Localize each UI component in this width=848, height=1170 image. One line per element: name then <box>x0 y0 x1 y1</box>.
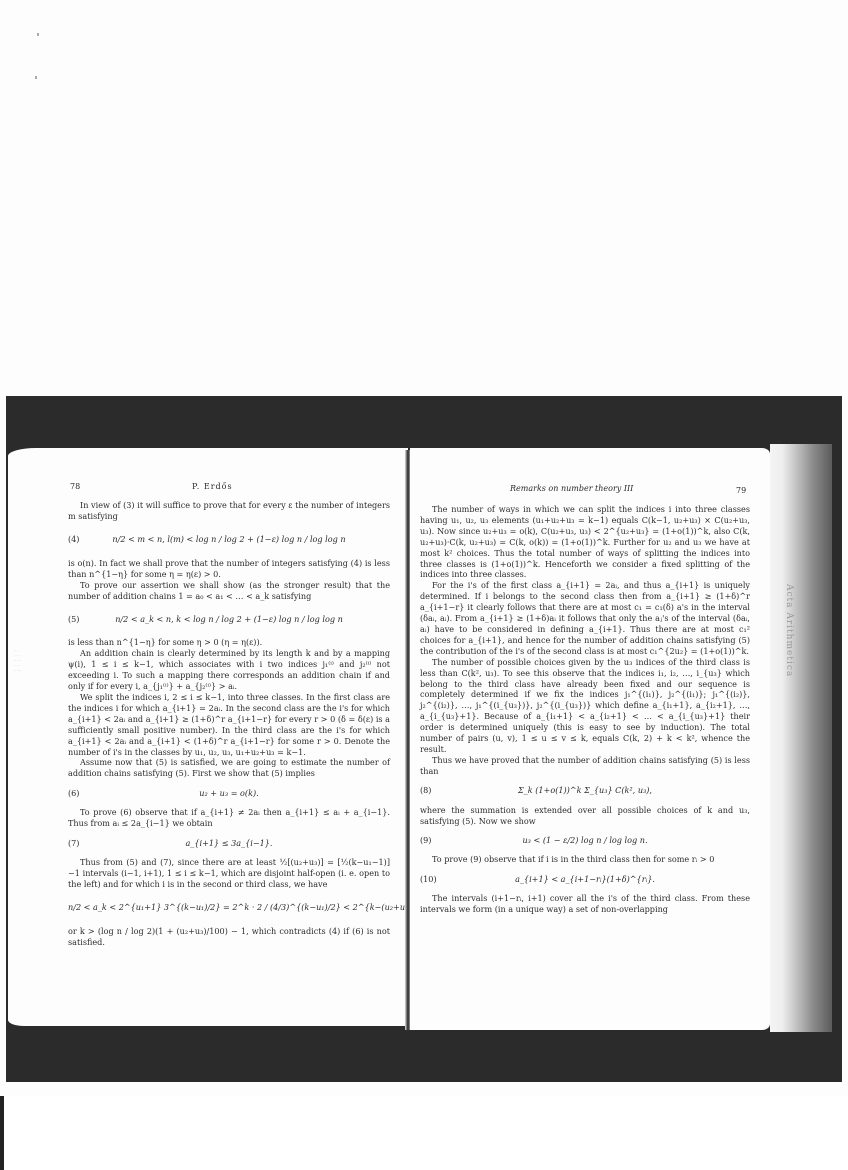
paragraph: or k > (log n / log 2)(1 + (u₂+u₃)/100) … <box>68 926 390 948</box>
equation: (5)n/2 < a_k < n, k < log n / log 2 + (1… <box>68 604 390 634</box>
paragraph: Assume now that (5) is satisfied, we are… <box>68 757 390 779</box>
paragraph: Thus from (5) and (7), since there are a… <box>68 857 390 890</box>
paragraph: is less than n^{1−η} for some η > 0 (η =… <box>68 637 390 648</box>
paragraph: where the summation is extended over all… <box>420 805 750 827</box>
paragraph: is o(n). In fact we shall prove that the… <box>68 558 390 580</box>
paragraph: The number of possible choices given by … <box>420 657 750 755</box>
running-head: P. Erdős <box>192 482 233 491</box>
equation: (10)a_{i+1} < a_{i+1−rᵢ}(1+δ)^{rᵢ}. <box>420 868 750 890</box>
equation-body: n/2 < a_k < 2^{u₁+1} 3^{(k−u₁)/2} = 2^k … <box>68 902 390 913</box>
equation: n/2 < a_k < 2^{u₁+1} 3^{(k−u₁)/2} = 2^k … <box>68 893 390 923</box>
running-head: Remarks on number theory III <box>510 484 633 493</box>
equation-body: a_{i+1} ≤ 3a_{i−1}. <box>68 838 390 849</box>
equation-body: n/2 < m < n, l(m) < log n / log 2 + (1−ε… <box>68 534 390 545</box>
equation: (6)u₂ + u₃ = o(k). <box>68 782 390 804</box>
page-number: 78 <box>70 482 80 491</box>
right-page: Remarks on number theory III 79 The numb… <box>410 448 770 1030</box>
equation: (9)u₃ < (1 − ε/2) log n / log log n. <box>420 829 750 851</box>
page-number: 79 <box>736 486 746 495</box>
paragraph: The intervals (i+1−rᵢ, i+1) cover all th… <box>420 893 750 915</box>
scanner-bed-margin <box>0 1096 848 1170</box>
paragraph: An addition chain is clearly determined … <box>68 648 390 692</box>
spine-text: Acta Arithmetica <box>780 584 794 744</box>
equation: (4)n/2 < m < n, l(m) < log n / log 2 + (… <box>68 525 390 555</box>
paragraph: The number of ways in which we can split… <box>420 504 750 580</box>
equation: (7)a_{i+1} ≤ 3a_{i−1}. <box>68 832 390 854</box>
paragraph: Thus we have proved that the number of a… <box>420 755 750 777</box>
paragraph: For the i's of the first class a_{i+1} =… <box>420 580 750 656</box>
scan-speck <box>35 76 37 79</box>
paragraph: To prove (9) observe that if i is in the… <box>420 854 750 865</box>
paragraph: To prove (6) observe that if a_{i+1} ≠ 2… <box>68 807 390 829</box>
right-page-body: The number of ways in which we can split… <box>420 504 750 915</box>
equation-body: u₃ < (1 − ε/2) log n / log log n. <box>420 835 750 846</box>
equation-body: u₂ + u₃ = o(k). <box>68 788 390 799</box>
left-page: 78 P. Erdős In view of (3) it will suffi… <box>8 448 408 1026</box>
left-page-body: In view of (3) it will suffice to prove … <box>68 500 390 948</box>
paragraph: To prove our assertion we shall show (as… <box>68 580 390 602</box>
equation-body: n/2 < a_k < n, k < log n / log 2 + (1−ε)… <box>68 614 390 625</box>
paragraph: We split the indices i, 2 ≤ i ≤ k−1, int… <box>68 692 390 757</box>
equation-body: Σ_k (1+o(1))^k Σ_{u₃} C(k², u₃), <box>420 785 750 796</box>
equation: (8)Σ_k (1+o(1))^k Σ_{u₃} C(k², u₃), <box>420 780 750 802</box>
paragraph: In view of (3) it will suffice to prove … <box>68 500 390 522</box>
margin-bleedthrough: ·· ·· ·· ···· ··· · ··· ··· <box>14 648 22 673</box>
equation-body: a_{i+1} < a_{i+1−rᵢ}(1+δ)^{rᵢ}. <box>420 874 750 885</box>
scan-speck <box>37 33 39 36</box>
page-stack-edge: Acta Arithmetica <box>770 444 832 1032</box>
